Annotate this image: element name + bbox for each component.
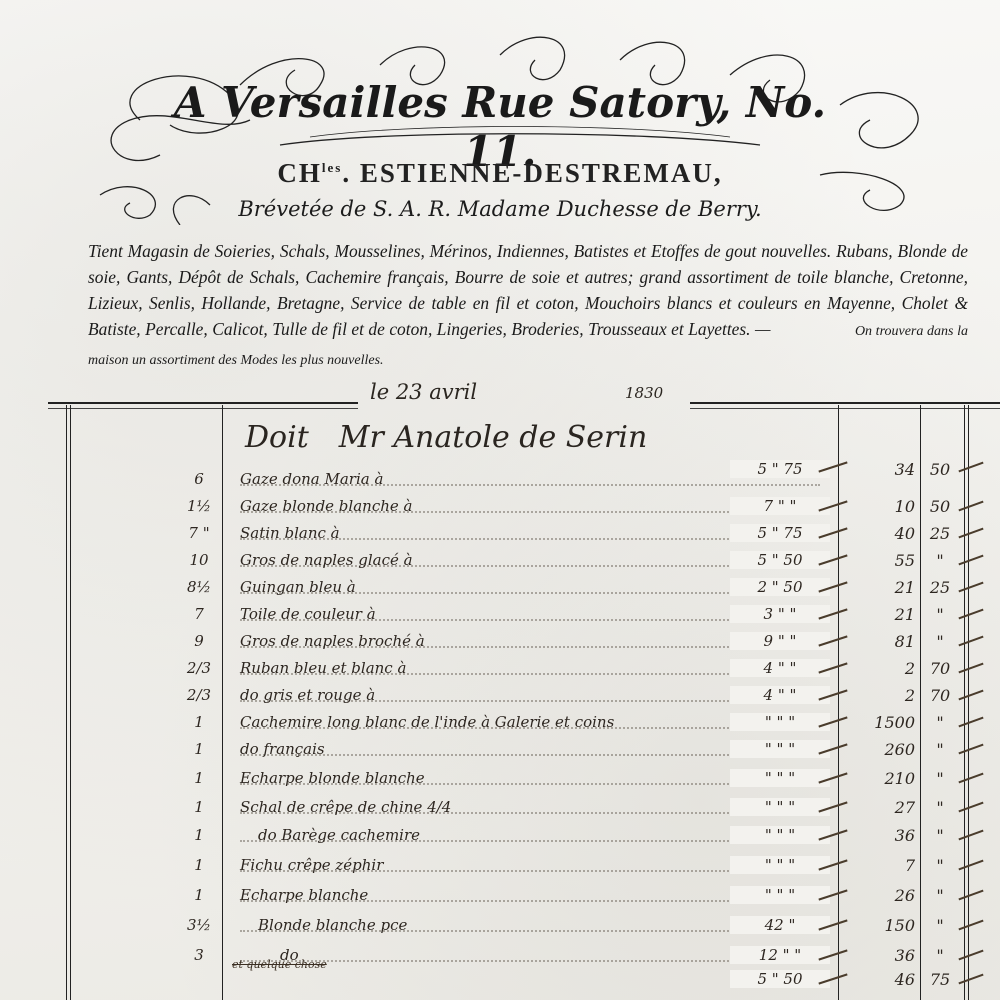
invoice-year: 1830 [625, 384, 663, 402]
debtor-name: Mr Anatole de Serin [339, 420, 648, 455]
debtor-label: Doit [245, 420, 309, 455]
line-item: 9Gros de naples broché à9 " "81" [0, 632, 1000, 660]
line-item: 1Schal de crêpe de chine 4/4" " "27" [0, 798, 1000, 826]
table-top-rule-right [690, 402, 1000, 409]
debtor-heading: DoitMr Anatole de Serin [245, 420, 647, 455]
table-top-rule-left [48, 402, 358, 409]
line-item: 1do français" " "260" [0, 740, 1000, 768]
line-item: 5 " 504675 [0, 970, 1000, 998]
line-item: 1½Gaze blonde blanche à7 " "1050 [0, 497, 1000, 525]
line-item: 1Echarpe blonde blanche" " "210" [0, 769, 1000, 797]
line-item: 3½Blonde blanche pce42 "150" [0, 916, 1000, 944]
merchant-name: CHles. ESTIENNE-DESTREMAU, [160, 158, 840, 189]
line-item: 2/3Ruban bleu et blanc à4 " "270 [0, 659, 1000, 687]
business-description: Tient Magasin de Soieries, Schals, Mouss… [88, 238, 968, 374]
line-item: 10Gros de naples glacé à5 " 5055" [0, 551, 1000, 579]
margin-note: et quelque chose [232, 958, 327, 971]
line-item: 2/3do gris et rouge à4 " "270 [0, 686, 1000, 714]
line-item: 1Cachemire long blanc de l'inde à Galeri… [0, 713, 1000, 741]
patent-line: Brévetée de S. A. R. Madame Duchesse de … [160, 197, 840, 221]
line-item: 8½Guingan bleu à2 " 502125 [0, 578, 1000, 606]
line-item: 7 "Satin blanc à5 " 754025 [0, 524, 1000, 552]
line-item: 1do Barège cachemire" " "36" [0, 826, 1000, 854]
line-item: 6Gaze dona Maria à5 " 753450 [0, 470, 1000, 498]
line-item: 1Fichu crêpe zéphir" " "7" [0, 856, 1000, 884]
line-item: 7Toile de couleur à3 " "21" [0, 605, 1000, 633]
line-item: 1Echarpe blanche" " "26" [0, 886, 1000, 914]
invoice-date: le 23 avril [370, 380, 477, 404]
